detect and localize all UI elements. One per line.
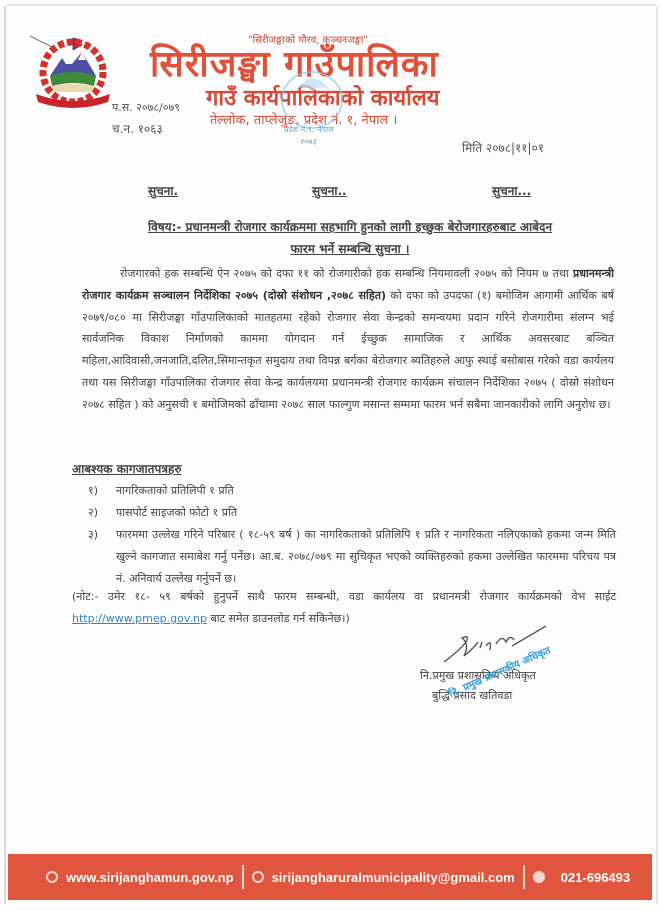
- phone-icon: [533, 871, 545, 883]
- phone-text: 021-696493: [561, 870, 630, 885]
- list-text: पासपोर्ट साइजको फोटो १ प्रति: [116, 502, 616, 524]
- notice-heading-2: सुचना..: [306, 182, 347, 199]
- subject-line-2: फारम भर्ने सम्बन्धि सुचना ।: [291, 242, 410, 256]
- body-text-1: रोजगारको हक सम्बन्धि ऐन २०७५ को दफा ११ क…: [120, 267, 573, 280]
- list-item: ३) फारममा उल्लेख गरिने परिबार ( १८-५९ बर…: [88, 524, 616, 590]
- note-prefix: (नोट:- उमेर १८- ५९ बर्षको हुनुपर्ने साथै…: [72, 590, 616, 603]
- letter-date: मिति २०७८|११|०१: [462, 139, 544, 156]
- list-number: १): [88, 480, 116, 502]
- notice-heading-1: सुचना.: [148, 182, 178, 199]
- page-edge: [4, 6, 6, 904]
- footer-email[interactable]: sirijangharuralmunicipality@gmail.com: [252, 870, 515, 885]
- list-item: २) पासपोर्ट साइजको फोटो १ प्रति: [88, 502, 616, 524]
- stamp-year: २०७३: [300, 137, 317, 146]
- office-seal-stamp-icon: प्रदेश नं.१, नेपाल २०७३: [272, 62, 350, 150]
- footer-divider: [523, 865, 525, 889]
- fiscal-year-reference: प.स. २०७८/०७९: [112, 100, 180, 115]
- required-documents-list: १) नागरिकताको प्रतिलिपी १ प्रति २) पासपो…: [88, 480, 616, 590]
- letter-page: "सिरीजङ्घाको गौरव, कञ्चनजङ्घा" सिरीजङ्घा…: [0, 0, 662, 910]
- list-text: फारममा उल्लेख गरिने परिबार ( १८-५९ बर्ष …: [116, 524, 616, 590]
- stamp-text: प्रदेश नं.१, नेपाल: [284, 124, 334, 134]
- page-edge: [656, 6, 658, 904]
- body-text-2: को दफा को उपदफा (१) बमोजिम आगामी आर्थिक …: [82, 289, 614, 411]
- contact-footer: www.sirijanghamun.gov.np sirijangharural…: [8, 854, 652, 900]
- globe-icon: [46, 871, 58, 883]
- subject-line: विषय:- प्रधानमन्त्री रोजगार कार्यक्रममा …: [100, 216, 600, 260]
- notice-body: रोजगारको हक सम्बन्धि ऐन २०७५ को दफा ११ क…: [82, 263, 614, 416]
- note-suffix: बाट समेत डाउनलोड गर्न सकिनेछ।): [207, 612, 350, 625]
- required-documents-heading: आबश्यक कागजातपत्रहरु: [72, 460, 182, 477]
- pmep-website-link[interactable]: http://www.pmep.gov.np: [72, 612, 207, 625]
- email-icon: [252, 871, 264, 883]
- dispatch-number: च.न. १०६३: [112, 120, 163, 137]
- notice-heading-3: सुचना...: [460, 182, 531, 199]
- footer-divider: [242, 865, 244, 889]
- page-edge: [6, 4, 656, 6]
- list-number: २): [88, 502, 116, 524]
- footer-phone[interactable]: 021-696493: [533, 870, 630, 885]
- website-text: www.sirijanghamun.gov.np: [66, 870, 234, 885]
- list-item: १) नागरिकताको प्रतिलिपी १ प्रति: [88, 480, 616, 502]
- footer-website[interactable]: www.sirijanghamun.gov.np: [46, 870, 234, 885]
- nepal-emblem-icon: [28, 30, 118, 112]
- email-text: sirijangharuralmunicipality@gmail.com: [272, 870, 515, 885]
- list-number: ३): [88, 524, 116, 590]
- list-text: नागरिकताको प्रतिलिपी १ प्रति: [116, 480, 616, 502]
- subject-line-1: विषय:- प्रधानमन्त्री रोजगार कार्यक्रममा …: [148, 220, 552, 234]
